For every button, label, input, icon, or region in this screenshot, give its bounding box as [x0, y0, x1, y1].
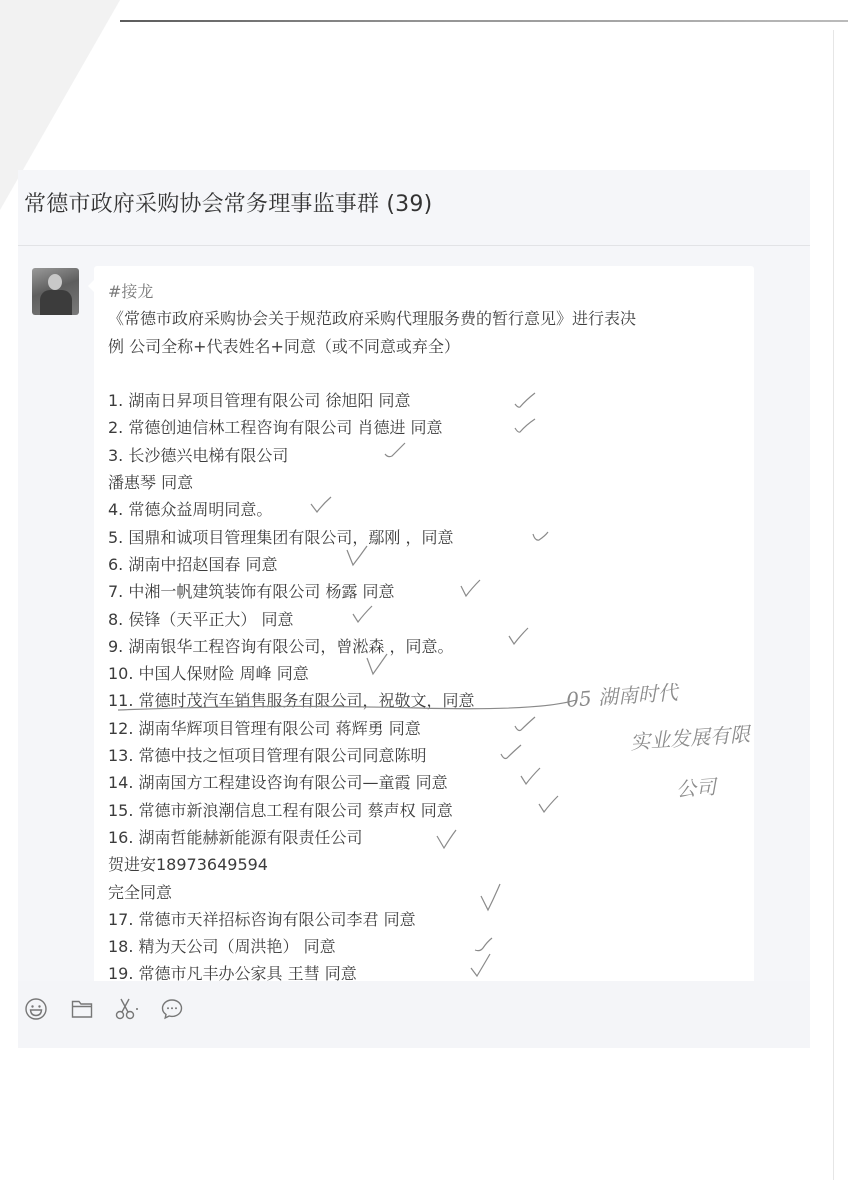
message-bubble[interactable]: #接龙 《常德市政府采购协会关于规范政府采购代理服务费的暂行意见》进行表决 例 …: [94, 266, 754, 981]
vote-entry: 8. 侯锋（天平正大） 同意: [108, 606, 748, 633]
vote-entry: 18. 精为天公司（周洪艳） 同意: [108, 933, 748, 960]
vote-entry: 14. 湖南国方工程建设咨询有限公司—童霞 同意: [108, 769, 748, 796]
checkmark-icon: [352, 606, 374, 624]
checkmark-icon: [508, 628, 530, 646]
message-line-blank: [108, 360, 748, 387]
group-title: 常德市政府采购协会常务理事监事群 (39): [24, 187, 432, 218]
checkmark-icon: [436, 830, 458, 848]
checkmark-icon: [310, 496, 332, 514]
vote-entry: 15. 常德市新浪潮信息工程有限公司 蔡声权 同意: [108, 797, 748, 824]
message-line: 《常德市政府采购协会关于规范政府采购代理服务费的暂行意见》进行表决: [108, 305, 748, 332]
checkmark-icon: [532, 526, 554, 544]
vote-entry: 17. 常德市天祥招标咨询有限公司李君 同意: [108, 906, 748, 933]
vote-entry: 完全同意: [108, 879, 748, 906]
checkmark-icon: [474, 936, 496, 954]
checkmark-icon: [460, 580, 482, 598]
checkmark-icon: [366, 656, 388, 674]
message-line: 例 公司全称+代表姓名+同意（或不同意或弃全）: [108, 333, 748, 360]
sender-avatar[interactable]: [32, 268, 79, 315]
message-text: #接龙 《常德市政府采购协会关于规范政府采购代理服务费的暂行意见》进行表决 例 …: [108, 278, 748, 981]
vote-entry: 6. 湖南中招赵国春 同意: [108, 551, 748, 578]
folder-icon[interactable]: [70, 997, 94, 1021]
checkmark-icon: [480, 890, 502, 908]
handwritten-note-line: 公司: [675, 771, 717, 803]
checkmark-icon: [520, 768, 542, 786]
avatar-head: [48, 274, 62, 290]
bubble-arrow: [88, 280, 94, 292]
chat-window: 常德市政府采购协会常务理事监事群 (39) #接龙 《常德市政府采购协会关于规范…: [18, 170, 810, 1048]
checkmark-icon: [384, 442, 406, 460]
hashtag-label: #接龙: [108, 278, 748, 305]
paper-edge-right: [833, 30, 834, 1180]
chat-header: 常德市政府采购协会常务理事监事群 (39): [18, 170, 810, 246]
chat-bubble-icon[interactable]: [160, 997, 184, 1021]
checkmark-icon: [538, 796, 560, 814]
vote-entry: 5. 国鼎和诚项目管理集团有限公司，鄢刚 ，同意: [108, 524, 748, 551]
vote-entry: 19. 常德市凡丰办公家具 王彗 同意: [108, 960, 748, 981]
vote-entry: 贺进安18973649594: [108, 851, 748, 878]
vote-entry: 7. 中湘一帆建筑装饰有限公司 杨露 同意: [108, 578, 748, 605]
checkmark-icon: [500, 744, 522, 762]
pen-underline: [118, 700, 588, 716]
checkmark-icon: [514, 418, 536, 436]
message-list[interactable]: #接龙 《常德市政府采购协会关于规范政府采购代理服务费的暂行意见》进行表决 例 …: [18, 246, 810, 981]
vote-entry: 3. 长沙德兴电梯有限公司: [108, 442, 748, 469]
vote-entry: 1. 湖南日昇项目管理有限公司 徐旭阳 同意: [108, 387, 748, 414]
checkmark-icon: [514, 716, 536, 734]
scissors-icon[interactable]: [114, 997, 144, 1021]
checkmark-icon: [470, 958, 492, 976]
checkmark-icon: [346, 548, 368, 566]
paper-edge: [120, 20, 848, 22]
vote-entry: 4. 常德众益周明同意。: [108, 496, 748, 523]
vote-entry: 9. 湖南银华工程咨询有限公司，曾淞森 ，同意。: [108, 633, 748, 660]
input-toolbar: [18, 981, 810, 1048]
vote-entry: 潘惠琴 同意: [108, 469, 748, 496]
emoji-icon[interactable]: [24, 997, 48, 1021]
vote-entry: 2. 常德创迪信林工程咨询有限公司 肖德进 同意: [108, 414, 748, 441]
avatar-torso: [40, 290, 72, 315]
vote-entry: 16. 湖南哲能赫新能源有限责任公司: [108, 824, 748, 851]
checkmark-icon: [514, 392, 536, 410]
